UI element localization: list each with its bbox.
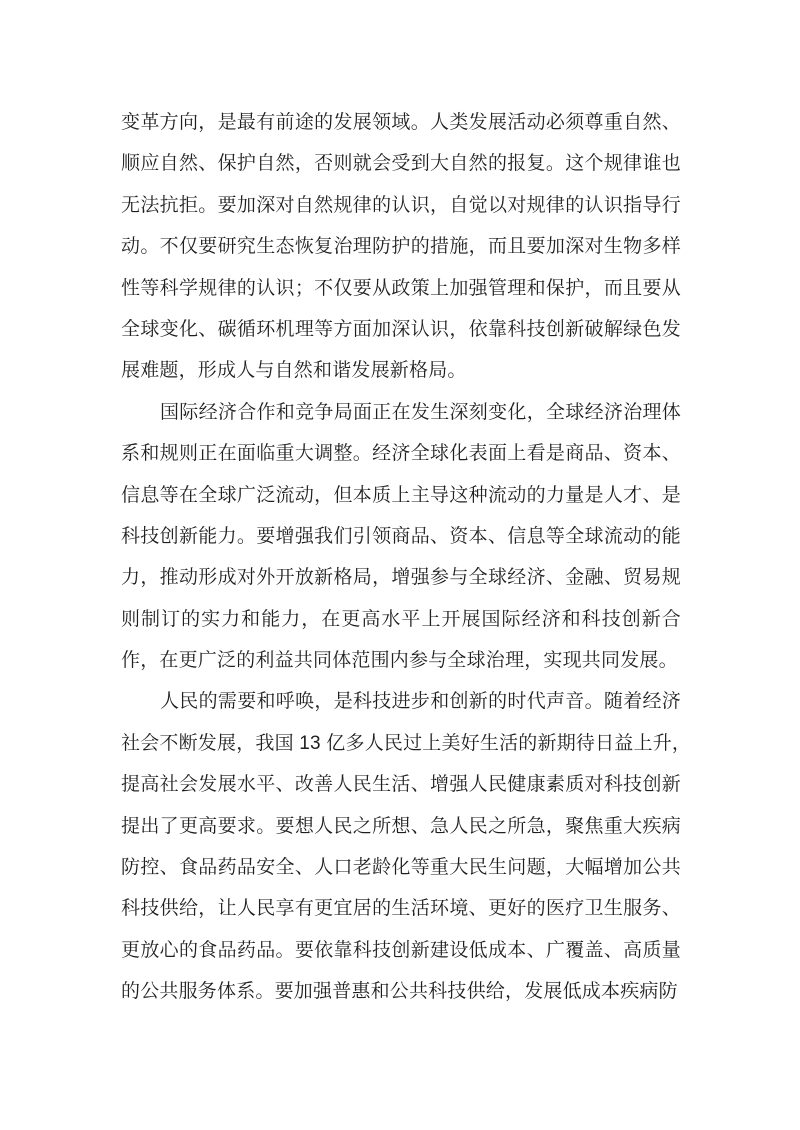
text-line: 信息等在全球广泛流动，但本质上主导这种流动的力量是人才、是	[121, 475, 681, 516]
page-text: 变革方向，是最有前途的发展领域。人类发展活动必须尊重自然、顺应自然、保护自然，否…	[121, 102, 681, 1013]
text-line: 社会不断发展，我国 13 亿多人民过上美好生活的新期待日益上升，	[121, 723, 681, 764]
text-line: 力，推动形成对外开放新格局，增强参与全球经济、金融、贸易规	[121, 557, 681, 598]
document-page-body: { "page": { "background_color": "#ffffff…	[0, 0, 800, 1130]
text-line: 性等科学规律的认识；不仅要从政策上加强管理和保护，而且要从	[121, 268, 681, 309]
text-line: 全球变化、碳循环机理等方面加深认识，依靠科技创新破解绿色发	[121, 309, 681, 350]
text-line: 系和规则正在面临重大调整。经济全球化表面上看是商品、资本、	[121, 433, 681, 474]
text-line: 的公共服务体系。要加强普惠和公共科技供给，发展低成本疾病防	[121, 971, 681, 1012]
text-line: 防控、食品药品安全、人口老龄化等重大民生问题，大幅增加公共	[121, 847, 681, 888]
text-line: 国际经济合作和竞争局面正在发生深刻变化，全球经济治理体	[121, 392, 681, 433]
text-line: 作，在更广泛的利益共同体范围内参与全球治理，实现共同发展。	[121, 640, 681, 681]
text-line: 动。不仅要研究生态恢复治理防护的措施，而且要加深对生物多样	[121, 226, 681, 267]
text-line: 展难题，形成人与自然和谐发展新格局。	[121, 350, 681, 391]
text-line: 提高社会发展水平、改善人民生活、增强人民健康素质对科技创新	[121, 764, 681, 805]
text-line: 科技供给，让人民享有更宜居的生活环境、更好的医疗卫生服务、	[121, 888, 681, 929]
text-line: 提出了更高要求。要想人民之所想、急人民之所急，聚焦重大疾病	[121, 806, 681, 847]
text-line: 更放心的食品药品。要依靠科技创新建设低成本、广覆盖、高质量	[121, 930, 681, 971]
text-line: 变革方向，是最有前途的发展领域。人类发展活动必须尊重自然、	[121, 102, 681, 143]
text-line: 无法抗拒。要加深对自然规律的认识，自觉以对规律的认识指导行	[121, 185, 681, 226]
text-line: 科技创新能力。要增强我们引领商品、资本、信息等全球流动的能	[121, 516, 681, 557]
text-line: 人民的需要和呼唤，是科技进步和创新的时代声音。随着经济	[121, 681, 681, 722]
text-line: 则制订的实力和能力，在更高水平上开展国际经济和科技创新合	[121, 599, 681, 640]
text-line: 顺应自然、保护自然，否则就会受到大自然的报复。这个规律谁也	[121, 143, 681, 184]
document-page: 变革方向，是最有前途的发展领域。人类发展活动必须尊重自然、顺应自然、保护自然，否…	[0, 0, 800, 1130]
